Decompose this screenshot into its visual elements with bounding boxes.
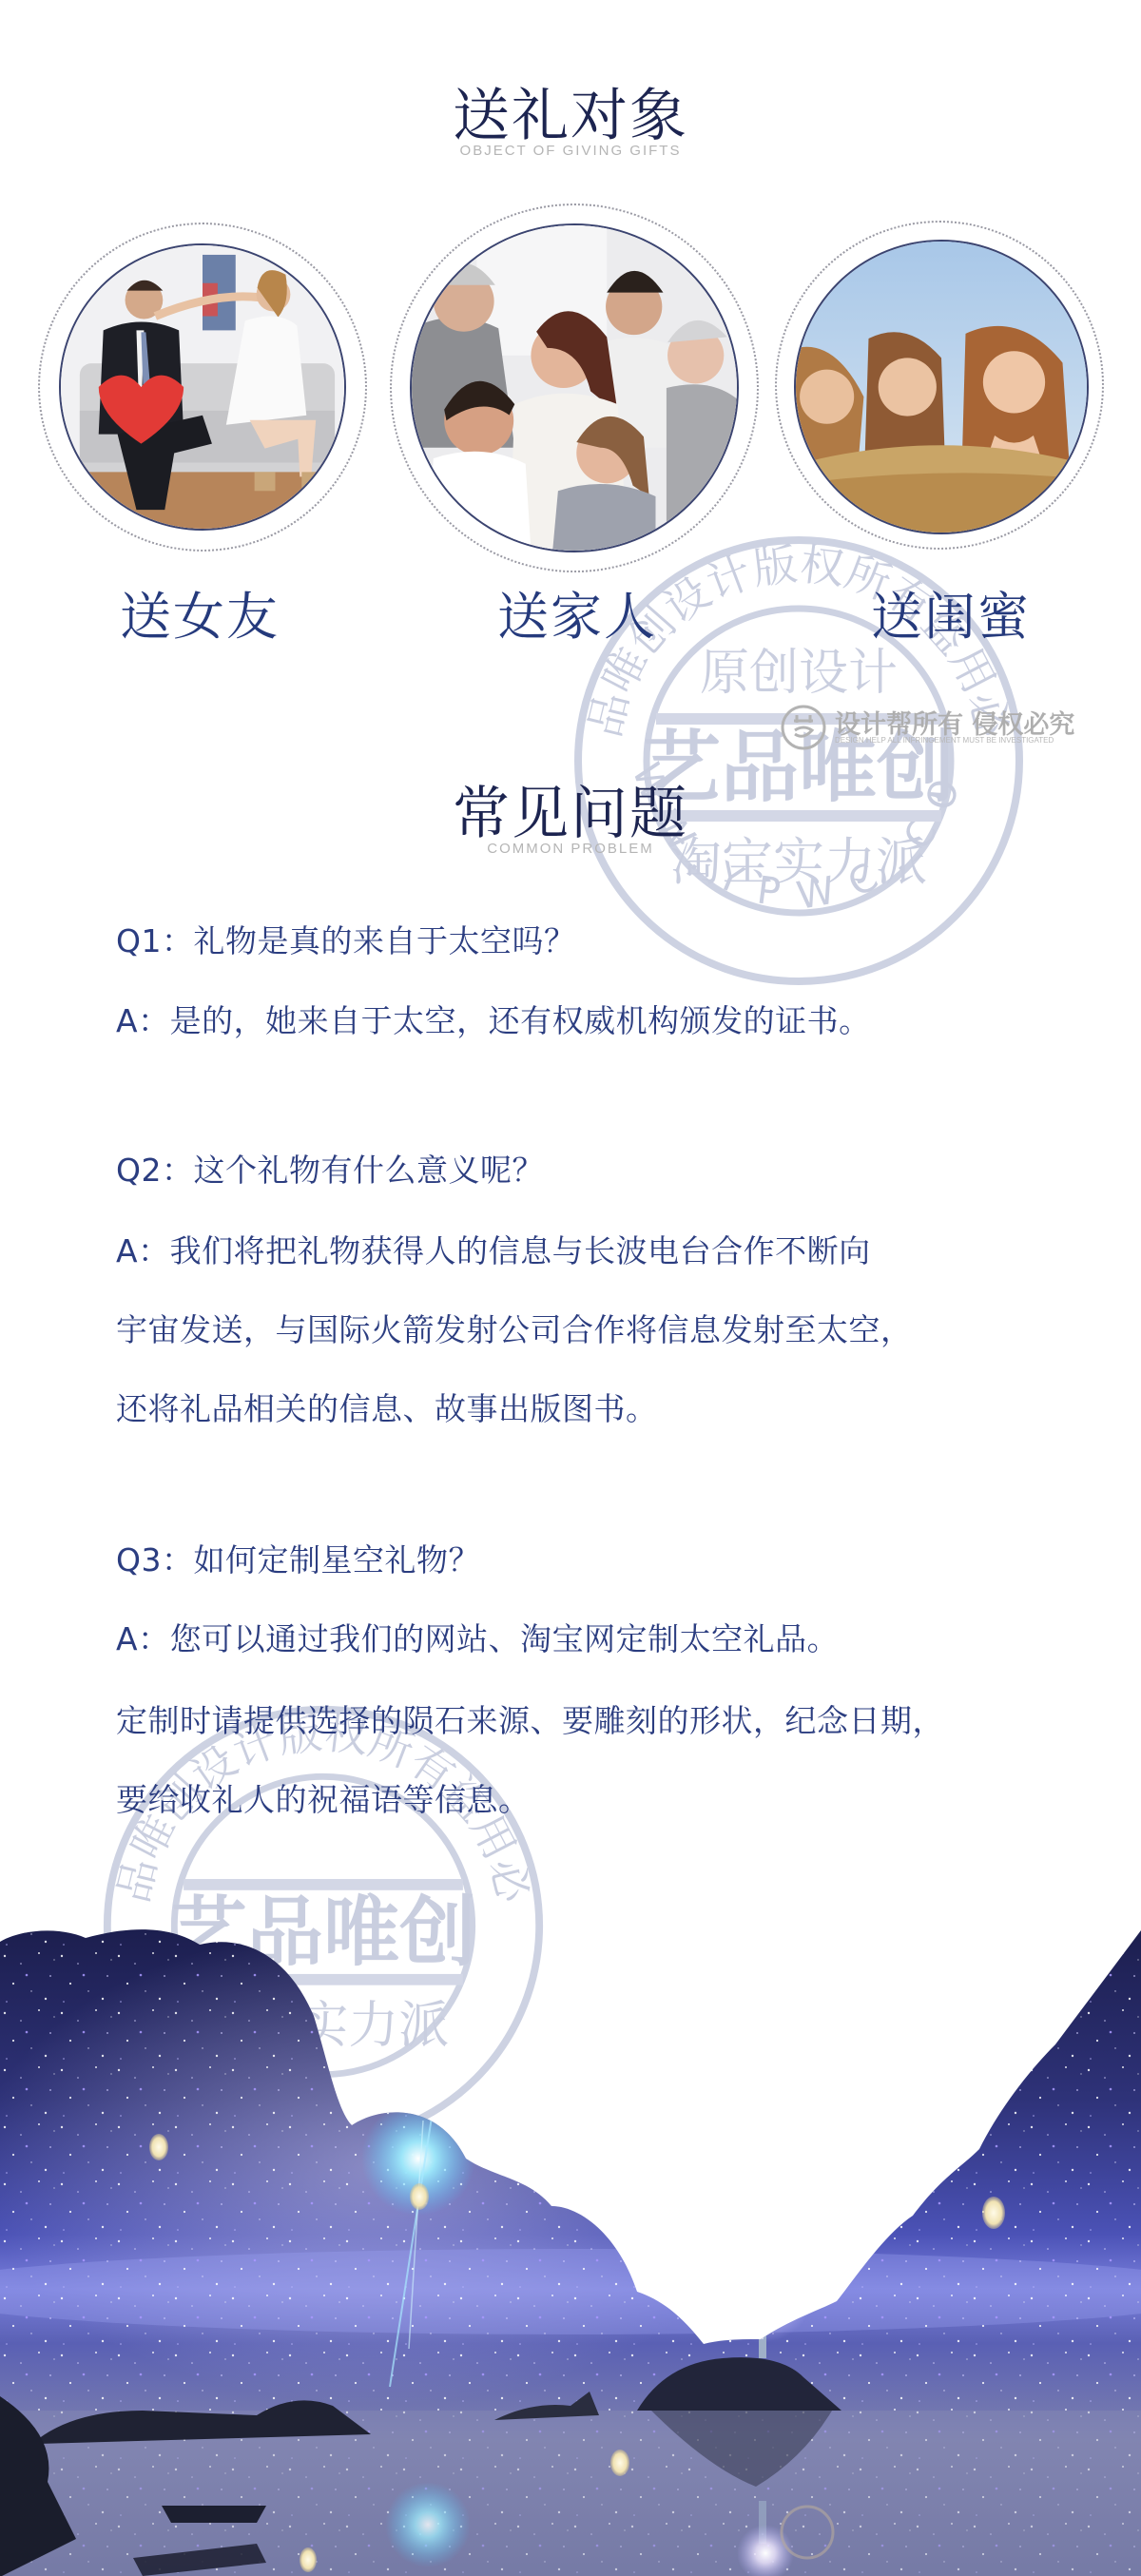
recipient-photo-girlfriend[interactable]	[59, 243, 346, 531]
recipient-photo-family[interactable]	[410, 223, 739, 552]
faq-answer-1-line-1: A：是的，她来自于太空，还有权威机构颁发的证书。	[116, 1002, 871, 1040]
faq-question-2: Q2：这个礼物有什么意义呢？	[116, 1152, 544, 1190]
design-help-badge-sub: DESIGN HELP ALL INFRINGEMENT MUST BE INV…	[835, 736, 1054, 745]
faq-subtitle: COMMON PROBLEM	[0, 841, 1141, 857]
faq-question-3: Q3：如何定制星空礼物？	[116, 1541, 480, 1579]
svg-text:原创设计: 原创设计	[700, 645, 898, 702]
recipient-label-family: 送家人	[435, 576, 720, 649]
faq-question-1: Q1：礼物是真的来自于太空吗？	[116, 922, 575, 960]
gift-targets-subtitle: OBJECT OF GIVING GIFTS	[0, 143, 1141, 159]
faq-answer-3-line-2: 定制时请提供选择的陨石来源、要雕刻的形状，纪念日期，	[116, 1702, 944, 1740]
faq-answer-2-line-3: 还将礼品相关的信息、故事出版图书。	[116, 1390, 658, 1428]
starry-night-sea-scene	[0, 1892, 1141, 2576]
faq-answer-2-line-2: 宇宙发送，与国际火箭发射公司合作将信息发射至太空，	[116, 1311, 913, 1349]
design-help-badge: 设计帮所有 侵权必究 DESIGN HELP ALL INFRINGEMENT …	[780, 704, 1141, 751]
gift-targets-title: 送礼对象	[0, 70, 1141, 152]
faq-answer-3-line-3: 要给收礼人的祝福语等信息。	[116, 1781, 531, 1819]
design-help-logo-icon	[780, 704, 827, 751]
recipient-label-girlfriend: 送女友	[57, 576, 342, 649]
faq-title: 常见问题	[0, 768, 1141, 850]
recipient-photo-best-friends[interactable]	[794, 240, 1089, 534]
faq-answer-2-line-1: A：我们将把礼物获得人的信息与长波电台合作不断向	[116, 1232, 871, 1270]
faq-answer-3-line-1: A：您可以通过我们的网站、淘宝网定制太空礼品。	[116, 1620, 839, 1658]
recipient-label-best-friends: 送闺蜜	[808, 576, 1093, 649]
